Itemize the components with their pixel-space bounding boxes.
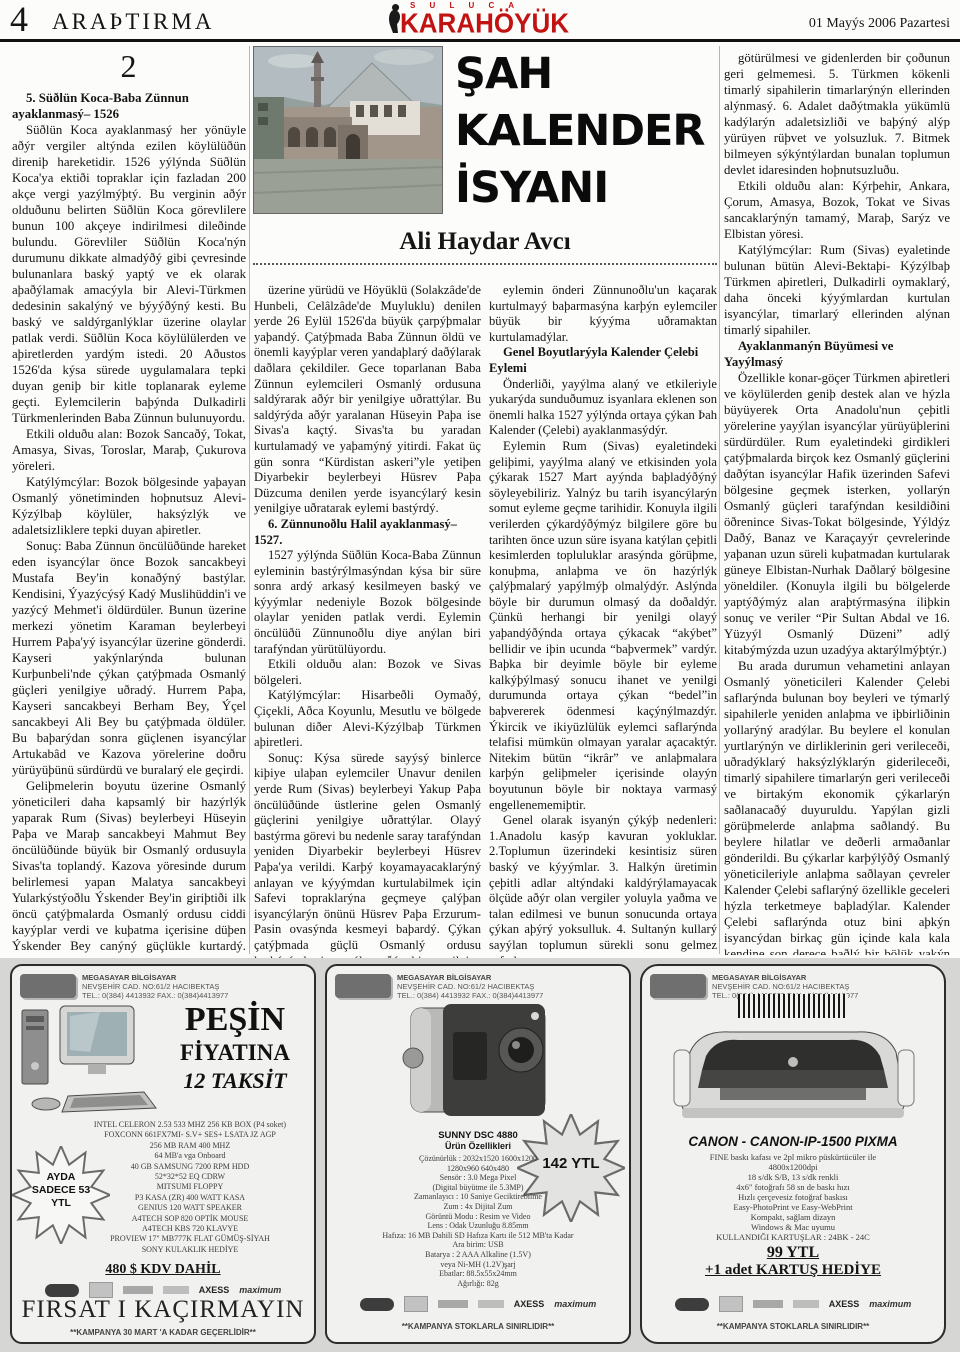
- camera-image: [383, 998, 573, 1126]
- card-logo: [123, 1286, 153, 1294]
- issue-date: 01 Mayýs 2006 Pazartesi: [809, 16, 950, 32]
- paragraph: Sonuç: Baba Zünnun öncülüðünde hareket e…: [12, 538, 246, 778]
- dealer-name: MEGASAYAR BİLGİSAYAR: [712, 973, 858, 982]
- dealer-phone: TEL.: 0(384) 4413932 FAX.: 0(384)4413977: [82, 991, 228, 1000]
- article-author: Ali Haydar Avcı: [253, 228, 717, 256]
- spec-line: GENIUS 120 WATT SPEAKER: [70, 1203, 310, 1213]
- paragraph: Sonuç: Kýsa sürede sayýsý binlerce kiþiy…: [254, 751, 481, 959]
- spec-line: FOXCONN 661FX7MI- S.V+ SES+ LSATA JZ AGP: [70, 1130, 310, 1140]
- spec-line: Lens : Odak Uzunluğu 8.85mm: [337, 1221, 619, 1231]
- dealer-logo: [335, 974, 391, 998]
- axess-logo: AXESS: [829, 1299, 860, 1309]
- camera-spec-list: Çözünürlük : 2032x1520 1600x12001280x960…: [337, 1154, 619, 1288]
- printer-image: [660, 1022, 926, 1130]
- spec-line: Easy-PhotoPrint ve Easy-WebPrint: [652, 1202, 934, 1212]
- paragraph: Etkili olduðu alan: Kýrþehir, Ankara, Ço…: [724, 178, 950, 242]
- subsection-heading: 5. Süðlün Koca-Baba Zünnun ayaklanmasý– …: [12, 90, 246, 122]
- logo-karahoyuk: KARAHÖYÜK: [400, 9, 588, 36]
- spec-line: 4800x1200dpi: [652, 1162, 934, 1172]
- article-column-2a: üzerine yürüdü ve Höyüklü (Solakzâde'de …: [254, 283, 481, 959]
- computer-spec-list: INTEL CELERON 2.53 533 MHZ 256 KB BOX (P…: [70, 1120, 310, 1255]
- headline-line: İSYANI: [455, 160, 711, 217]
- spec-line: 52*32*52 EQ CDRW: [70, 1172, 310, 1182]
- paragraph: 1527 yýlýnda Süðlün Koca-Baba Zünnun eyl…: [254, 548, 481, 657]
- printer-spec-list: FINE baskı kafası ve 2pl mikro püskürtüc…: [652, 1152, 934, 1242]
- ad-dealer-header: MEGASAYAR BİLGİSAYAR NEVŞEHİR CAD. NO:61…: [20, 970, 308, 1002]
- article-headline: ŞAH KALENDER İSYANI: [455, 46, 711, 217]
- maximum-logo: maximum: [239, 1285, 281, 1295]
- newspaper-page: 4 ARAÞTIRMA S U L U C A KARAHÖYÜK 01 May…: [0, 0, 960, 1352]
- card-logo: [753, 1300, 783, 1308]
- paragraph: Katýlýmcýlar: Rum (Sivas) eyaletinde bul…: [724, 242, 950, 338]
- spec-line: Batarya : 2 AAA Alkaline (1.5V): [337, 1250, 619, 1260]
- gift-line: +1 adet KARTUŞ HEDİYE: [642, 1262, 944, 1279]
- paragraph: eylemin önderi Zünnunoðlu'un kaçarak kur…: [489, 283, 717, 345]
- spec-line: 18 s/dk S/B, 13 s/dk renkli: [652, 1172, 934, 1182]
- card-logo: [163, 1286, 189, 1294]
- card-logo: [675, 1298, 709, 1311]
- column-divider: [249, 46, 250, 954]
- ad-headline-taksit: 12 TAKSİT: [160, 1066, 310, 1096]
- spec-line: Zamanlayıcı : 10 Saniye Geciktirebilme: [337, 1192, 619, 1202]
- paragraph: Önderliði, yayýlma alaný ve etkileriyle …: [489, 377, 717, 439]
- dealer-logo: [20, 974, 76, 998]
- spec-line: MITSUMI FLOPPY: [70, 1182, 310, 1192]
- spec-line: KULLANDIĞI KARTUŞLAR : 24BK - 24C: [652, 1232, 934, 1242]
- spec-line: Windows & Mac uyumu: [652, 1222, 934, 1232]
- spec-line: veya Ni-MH (1.2V)şarj: [337, 1260, 619, 1270]
- card-logo: [793, 1300, 819, 1308]
- advertisement-strip: MEGASAYAR BİLGİSAYAR NEVŞEHİR CAD. NO:61…: [0, 958, 960, 1352]
- paragraph: Etkili olduðu alan: Bozok ve Sivas bölge…: [254, 657, 481, 688]
- card-logo: [478, 1300, 504, 1308]
- dealer-address: NEVŞEHİR CAD. NO:61/2 HACIBEKTAŞ: [82, 982, 228, 991]
- maximum-logo: maximum: [869, 1299, 911, 1309]
- spec-line: 256 MB RAM 400 MHZ: [70, 1141, 310, 1151]
- spec-line: A4TECH KBS 720 KLAVYE: [70, 1224, 310, 1234]
- paragraph: götürülmesi ve gidenlerden bir çoðunun g…: [724, 50, 950, 178]
- spec-line: (Digital büyütme ile 5.3MP): [337, 1183, 619, 1193]
- dealer-address: NEVŞEHİR CAD. NO:61/2 HACIBEKTAŞ: [712, 982, 858, 991]
- card-logo: [719, 1296, 743, 1312]
- spec-line: PROVIEW 17" MB777K FLAT GÜMÜŞ-SİYAH: [70, 1234, 310, 1244]
- dealer-address: NEVŞEHİR CAD. NO:61/2 HACIBEKTAŞ: [397, 982, 543, 991]
- product-name: CANON - CANON-IP-1500 PIXMA: [642, 1134, 944, 1149]
- subsection-heading: Ayaklanmanýn Büyümesi ve Yayýlmasý: [724, 338, 950, 370]
- column-divider: [719, 46, 720, 954]
- ad-digital-camera: MEGASAYAR BİLGİSAYAR NEVŞEHİR CAD. NO:61…: [325, 964, 631, 1344]
- ad-slogan: FIRSAT I KAÇIRMAYIN: [12, 1296, 314, 1324]
- axess-logo: AXESS: [199, 1285, 230, 1295]
- paragraph: Genel olarak isyanýn çýkýþ nedenleri: 1.…: [489, 813, 717, 959]
- paragraph: Süðlün Koca ayaklanmasý her yönüyle aðýr…: [12, 122, 246, 426]
- paragraph: Katýlýmcýlar: Hisarbeðli Oymaðý, Çiçekli…: [254, 688, 481, 750]
- paragraph: Katýlýmcýlar: Bozok bölgesinde yaþayan O…: [12, 474, 246, 538]
- paragraph: Etkili olduðu alan: Bozok Sancaðý, Tokat…: [12, 426, 246, 474]
- paragraph: Bu arada durumun vehametini anlayan Osma…: [724, 658, 950, 955]
- dealer-name: MEGASAYAR BİLGİSAYAR: [82, 973, 228, 982]
- article-column-1: 5. Süðlün Koca-Baba Zünnun ayaklanmasý– …: [12, 90, 246, 954]
- paragraph: üzerine yürüdü ve Höyüklü (Solakzâde'de …: [254, 283, 481, 517]
- ad-big-words: PEŞİN FİYATINA 12 TAKSİT: [160, 1000, 310, 1096]
- ad-headline-pesin: PEŞİN: [160, 1000, 310, 1040]
- spec-line: Kompakt, sağlam dizayn: [652, 1212, 934, 1222]
- spec-line: Çözünürlük : 2032x1520 1600x1200: [337, 1154, 619, 1164]
- card-logo: [360, 1298, 394, 1311]
- ad-canon-printer: MEGASAYAR BİLGİSAYAR NEVŞEHİR CAD. NO:61…: [640, 964, 946, 1344]
- spec-line: INTEL CELERON 2.53 533 MHZ 256 KB BOX (P…: [70, 1120, 310, 1130]
- spec-line: Zum : 4x Dijital Zum: [337, 1202, 619, 1212]
- spec-line: FINE baskı kafası ve 2pl mikro püskürtüc…: [652, 1152, 934, 1162]
- spec-line: Hızlı çerçevesiz fotoğraf baskısı: [652, 1192, 934, 1202]
- ad-computer-bundle: MEGASAYAR BİLGİSAYAR NEVŞEHİR CAD. NO:61…: [10, 964, 316, 1344]
- paragraph: Eylemin Rum (Sivas) eyaletindeki geliþim…: [489, 439, 717, 813]
- barcode-image: [738, 994, 848, 1018]
- header-rule: [0, 39, 960, 42]
- dealer-logo: [650, 974, 706, 998]
- subsection-heading: 6. Zünnunoðlu Halil ayaklanmasý– 1527.: [254, 517, 481, 548]
- spec-line: Sensör : 3.0 Mega Pixel: [337, 1173, 619, 1183]
- spec-line: Hafıza: 16 MB Dahili SD Hafıza Kartı ile…: [337, 1231, 619, 1241]
- campaign-note: **KAMPANYA STOKLARLA SINIRLIDIR**: [327, 1322, 629, 1331]
- card-logo: [438, 1300, 468, 1308]
- card-logo: [404, 1296, 428, 1312]
- article-column-2b: eylemin önderi Zünnunoðlu'un kaçarak kur…: [489, 283, 717, 959]
- page-number: 4: [10, 0, 28, 38]
- author-divider: [253, 263, 717, 265]
- spec-line: Ara birim: USB: [337, 1240, 619, 1250]
- spec-line: 1280x960 640x480: [337, 1164, 619, 1174]
- article-photo: [253, 46, 443, 214]
- dealer-name: MEGASAYAR BİLGİSAYAR: [397, 973, 543, 982]
- price-line: 480 $ KDV DAHİL: [12, 1262, 314, 1278]
- article-part-number: 2: [10, 48, 247, 85]
- paragraph: Özellikle konar-göçer Türkmen aþiretleri…: [724, 370, 950, 658]
- ad-headline-fiyatina: FİYATINA: [160, 1040, 310, 1066]
- spec-line: 4x6" fotoğrafı 58 sn de baskı hızı: [652, 1182, 934, 1192]
- axess-logo: AXESS: [514, 1299, 545, 1309]
- spec-line: P3 KASA (ZR) 400 WATT KASA: [70, 1193, 310, 1203]
- campaign-note: **KAMPANYA STOKLARLA SINIRLIDIR**: [642, 1322, 944, 1331]
- spec-line: Görüntü Modu : Resim ve Video: [337, 1212, 619, 1222]
- subsection-heading: Genel Boyutlarýyla Kalender Çelebi Eylem…: [489, 345, 717, 376]
- headline-line: KALENDER: [455, 103, 711, 160]
- payment-logos: AXESS maximum: [327, 1296, 629, 1312]
- headline-line: ŞAH: [455, 46, 711, 103]
- section-title: ARAÞTIRMA: [52, 9, 214, 35]
- maximum-logo: maximum: [554, 1299, 596, 1309]
- paragraph: Geliþmelerin boyutu üzerine Osmanlý yöne…: [12, 778, 246, 954]
- spec-line: Ebatlar: 88.5x55x24mm: [337, 1269, 619, 1279]
- spec-line: 64 MB'a vga Onboard: [70, 1151, 310, 1161]
- spec-line: 40 GB SAMSUNG 7200 RPM HDD: [70, 1162, 310, 1172]
- price-line: 99 YTL: [642, 1244, 944, 1262]
- computer-image: [16, 1000, 162, 1122]
- card-logo: [45, 1284, 79, 1297]
- spec-line: SONY KULAKLIK HEDİYE: [70, 1245, 310, 1255]
- spec-line: A4TECH SOP 820 OPTİK MOUSE: [70, 1214, 310, 1224]
- article-column-3: götürülmesi ve gidenlerden bir çoðunun g…: [724, 50, 950, 955]
- newspaper-logo: S U L U C A KARAHÖYÜK: [388, 1, 588, 36]
- payment-logos: AXESS maximum: [642, 1296, 944, 1312]
- campaign-note: **KAMPANYA 30 MART 'A KADAR GEÇERLİDİR**: [12, 1328, 314, 1337]
- spec-line: Ağırlığı: 82g: [337, 1279, 619, 1289]
